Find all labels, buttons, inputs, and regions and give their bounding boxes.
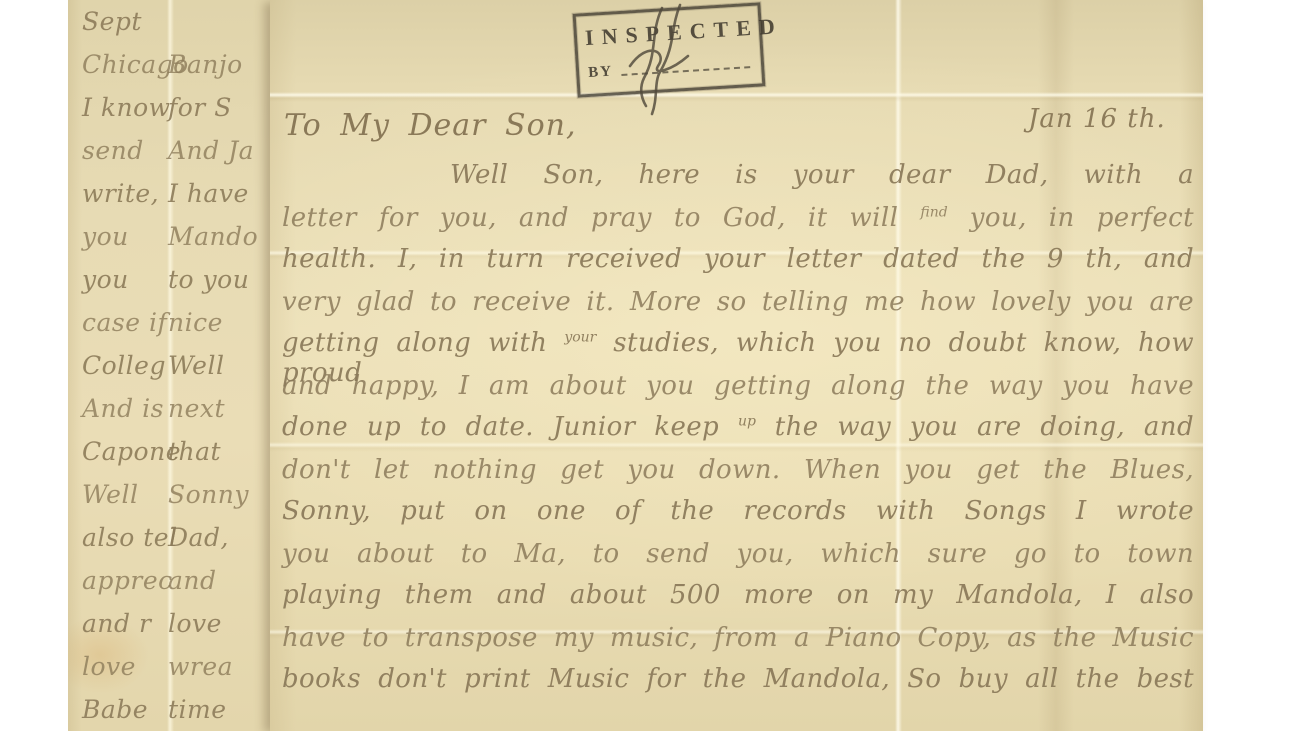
- fragment-word: And is: [68, 394, 168, 423]
- letter-line: Well Son, here is your dear Dad, with a: [282, 160, 1194, 202]
- fragment-word: Colleg: [68, 351, 168, 380]
- fragment-word: time: [168, 695, 270, 724]
- salutation: To My Dear Son,: [284, 108, 577, 143]
- fragment-word: Well: [68, 480, 168, 509]
- letter-line: health. I, in turn received your letter …: [282, 244, 1194, 286]
- fragment-word: Chicago: [68, 50, 168, 79]
- fragment-word: love: [168, 609, 270, 638]
- fragment-word: Well: [168, 351, 270, 380]
- fragment-row: And isnext: [68, 387, 270, 430]
- letter-body: Well Son, here is your dear Dad, with al…: [282, 160, 1194, 706]
- letter-line: you about to Ma, to send you, which sure…: [282, 539, 1194, 581]
- fragment-word: Mando: [168, 222, 270, 251]
- left-page-fragment: SeptChicagoBanjoI knowfor SsendAnd Jawri…: [68, 0, 270, 731]
- fragment-word: And Ja: [168, 136, 270, 165]
- fragment-word: wrea: [168, 652, 270, 681]
- fragment-word: send: [68, 136, 168, 165]
- fragment-word: that: [168, 437, 270, 466]
- letter-line: don't let nothing get you down. When you…: [282, 455, 1194, 497]
- fragment-word: Dad,: [168, 523, 270, 552]
- fragment-row: Babetime: [68, 688, 270, 731]
- fragment-row: and rlove: [68, 602, 270, 645]
- stamp-dashed-line: [621, 65, 750, 76]
- fragment-word: and r: [68, 609, 168, 638]
- fragment-word: and: [168, 566, 270, 595]
- fragment-row: youto you: [68, 258, 270, 301]
- fragment-word: you: [68, 265, 168, 294]
- fragment-word: also tel: [68, 523, 168, 552]
- fragment-row: apprecand: [68, 559, 270, 602]
- fragment-word: case if: [68, 308, 168, 337]
- letter-scan: SeptChicagoBanjoI knowfor SsendAnd Jawri…: [0, 0, 1300, 731]
- fragment-row: also telDad,: [68, 516, 270, 559]
- letter-line: playing them and about 500 more on my Ma…: [282, 580, 1194, 622]
- fragment-row: WellSonny: [68, 473, 270, 516]
- stamp-by-label: BY: [588, 63, 614, 81]
- fragment-word: nice: [168, 308, 270, 337]
- fragment-row: youMando: [68, 215, 270, 258]
- fragment-row: Caponethat: [68, 430, 270, 473]
- fragment-word: I have: [168, 179, 270, 208]
- fragment-word: next: [168, 394, 270, 423]
- fragment-word: love: [68, 652, 168, 681]
- letter-line: done up to date. Junior keep up the way …: [282, 412, 1194, 454]
- fragment-word: Sept: [68, 7, 168, 36]
- fragment-row: write,I have: [68, 172, 270, 215]
- fragment-word: Banjo: [168, 50, 270, 79]
- letter-line: books don't print Music for the Mandola,…: [282, 664, 1194, 706]
- fragment-row: CollegWell: [68, 344, 270, 387]
- inspection-stamp: INSPECTED BY: [573, 2, 766, 97]
- fragment-word: Sonny: [168, 480, 270, 509]
- stamp-inspected-label: INSPECTED: [576, 15, 759, 52]
- fragment-row: sendAnd Ja: [68, 129, 270, 172]
- fragment-row: ChicagoBanjo: [68, 43, 270, 86]
- letter-line: getting along with your studies, which y…: [282, 328, 1194, 370]
- letter-date: Jan 16 th.: [1028, 104, 1166, 134]
- fragment-word: I know: [68, 93, 168, 122]
- fragment-row: case ifnice: [68, 301, 270, 344]
- fragment-word: Babe: [68, 695, 168, 724]
- fragment-word: Capone: [68, 437, 168, 466]
- letter-line: Sonny, put on one of the records with So…: [282, 496, 1194, 538]
- letter-line: have to transpose my music, from a Piano…: [282, 623, 1194, 665]
- fragment-row: lovewrea: [68, 645, 270, 688]
- fragment-row: I knowfor S: [68, 86, 270, 129]
- fragment-word: to you: [168, 265, 270, 294]
- letter-line: letter for you, and pray to God, it will…: [282, 203, 1194, 245]
- fragment-word: write,: [68, 179, 168, 208]
- letter-line: very glad to receive it. More so telling…: [282, 287, 1194, 329]
- fragment-word: for S: [168, 93, 270, 122]
- fragment-word: you: [68, 222, 168, 251]
- letter-page: INSPECTED BY To My Dear Son, Jan 16 th. …: [270, 0, 1203, 731]
- fragment-row: Sept: [68, 0, 270, 43]
- fragment-word: apprec: [68, 566, 168, 595]
- letter-line: and happy, I am about you getting along …: [282, 371, 1194, 413]
